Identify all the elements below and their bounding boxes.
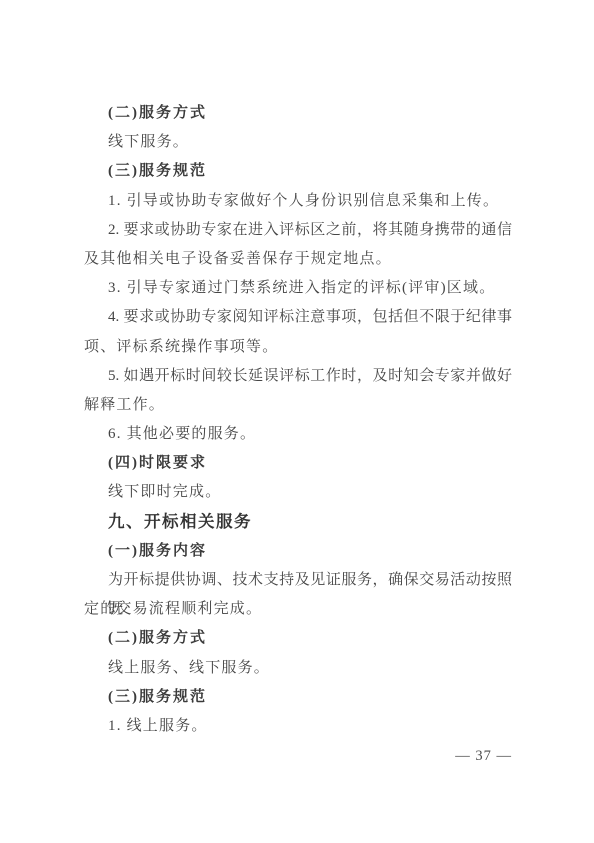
section-heading: (三)服务规范 xyxy=(84,157,512,186)
section-heading: (二)服务方式 xyxy=(84,99,512,128)
page-content: (二)服务方式 线下服务。 (三)服务规范 1. 引导或协助专家做好个人身份识别… xyxy=(84,99,512,741)
text-line: 项、评标系统操作事项等。 xyxy=(84,333,512,362)
text-line: 线下即时完成。 xyxy=(84,478,512,507)
list-item-line: 2. 要求或协助专家在进入评标区之前，将其随身携带的通信 xyxy=(84,216,512,245)
page-number: — 37 — xyxy=(455,748,512,764)
chapter-heading: 九、开标相关服务 xyxy=(84,508,512,537)
section-heading: (一)服务内容 xyxy=(84,537,512,566)
list-item-line: 6. 其他必要的服务。 xyxy=(84,420,512,449)
list-item-line: 3. 引导专家通过门禁系统进入指定的评标(评审)区域。 xyxy=(84,274,512,303)
section-heading: (三)服务规范 xyxy=(84,683,512,712)
section-heading: (二)服务方式 xyxy=(84,624,512,653)
list-item-line: 4. 要求或协助专家阅知评标注意事项，包括但不限于纪律事 xyxy=(84,303,512,332)
section-heading: (四)时限要求 xyxy=(84,449,512,478)
text-line: 为开标提供协调、技术支持及见证服务，确保交易活动按照既 xyxy=(84,566,512,595)
text-line: 定的交易流程顺利完成。 xyxy=(84,595,512,624)
document-page: (二)服务方式 线下服务。 (三)服务规范 1. 引导或协助专家做好个人身份识别… xyxy=(0,0,594,843)
text-line: 解释工作。 xyxy=(84,391,512,420)
list-item-line: 5. 如遇开标时间较长延误评标工作时，及时知会专家并做好 xyxy=(84,362,512,391)
text-line: 及其他相关电子设备妥善保存于规定地点。 xyxy=(84,245,512,274)
text-line: 线上服务、线下服务。 xyxy=(84,654,512,683)
list-item-line: 1. 引导或协助专家做好个人身份识别信息采集和上传。 xyxy=(84,187,512,216)
text-line: 线下服务。 xyxy=(84,128,512,157)
list-item-line: 1. 线上服务。 xyxy=(84,712,512,741)
